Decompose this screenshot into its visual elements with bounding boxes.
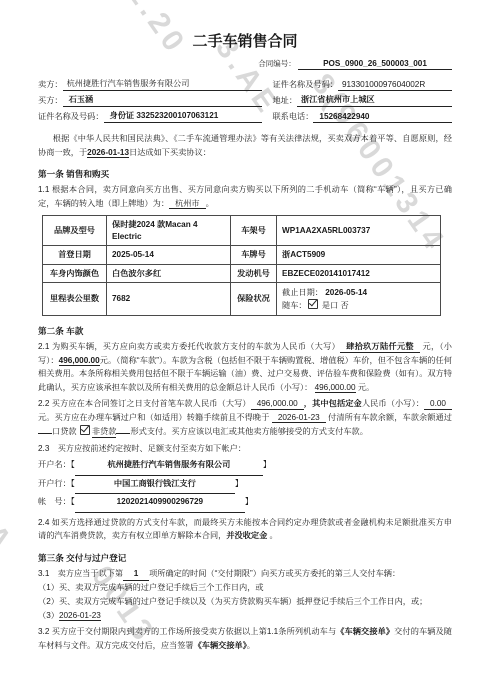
delivery-option-3-label: （3）: [38, 611, 59, 620]
non-loan-option: 非贷款: [92, 427, 117, 438]
insurance-expiry-date: 2026-05-14: [325, 288, 367, 297]
blank-underline: [38, 424, 52, 434]
deposit-amount: 0.00: [424, 399, 452, 410]
buyer-id-field: 证件名称及号码： 身份证 332523200107063121: [38, 110, 262, 123]
clause-3-1: 3.1 卖方应当于以下第1项所确定的时间（“交付期限”）向买方或买方委托的第三人…: [38, 567, 452, 582]
insurance-with-car-label: 随车：: [282, 301, 307, 310]
clause-2-4: 2.4 如买方选择通过贷款的方式支付车款，而最终买方未能按本合同约定办理贷款或者…: [38, 516, 452, 543]
buyer-value: 石玉涵: [63, 94, 263, 107]
total-amount: 496,000.00: [315, 383, 356, 394]
watermark-fragment: PA: [0, 500, 20, 560]
account-bank-row: 开户行：【中国工商银行钱江支行】: [38, 476, 452, 495]
contract-number-label: 合同编号：: [258, 59, 296, 68]
account-name-row: 开户名：【杭州捷胜行汽车销售服务有限公司】: [38, 457, 452, 476]
address-value: 浙江省杭州市上城区: [297, 94, 452, 107]
vin-label: 车架号: [231, 216, 277, 246]
party-row: 买方： 石玉涵 地址： 浙江省杭州市上城区: [38, 91, 452, 107]
delivery-options-list: （1）买、卖双方完成车辆的过户登记手续后三个工作日内，或 （2）买、卖双方完成车…: [38, 581, 452, 622]
transfer-city: 杭州市: [169, 199, 206, 210]
clause-text: 形式支付。买方应该以电汇或其他卖方能够接受的方式支付车款。: [130, 427, 367, 436]
vehicle-info-table: 品牌及型号 保时捷2024 款Macan 4 Electric 车架号 WP1A…: [42, 215, 441, 316]
buyer-label: 买方：: [38, 95, 63, 107]
brand-model-label: 品牌及型号: [43, 216, 107, 246]
preamble-paragraph: 根据《中华人民共和国民法典》、《二手车流通管理办法》等有关法律法规，买卖双方本着…: [38, 132, 452, 159]
clause-text: 人民币（小写）：: [362, 399, 424, 408]
clause-text: 。: [206, 199, 214, 208]
seller-id-field: 证件名称及号码： 91330100097604002R: [272, 79, 452, 91]
contract-page: 2.20 3.AE 8(96001314 PA 0013 二手车销售合同 合同编…: [0, 0, 485, 700]
clause-2-3: 2.3 买方应按前述约定按时、足额支付至卖方如下帐户：: [38, 442, 452, 456]
phone-value: 15268422940: [313, 112, 452, 123]
clause-text: 3.1 卖方应当于以下第: [38, 569, 123, 578]
clause-2-2: 2.2 买方应在本合同签订之日支付首笔车款人民币（大写）496,000.00，其…: [38, 397, 452, 439]
checked-checkbox-icon: [308, 299, 318, 309]
checked-checkbox-icon: [80, 425, 90, 435]
clause-text-bold: ，其中包括定金: [304, 399, 362, 408]
insurance-expiry: 截止日期： 2026-05-14: [282, 286, 435, 299]
contract-number-value: POS_0900_26_500003_001: [298, 59, 452, 70]
table-row: 车身内饰颜色 白色波尔多红 发动机号 EBZECE020141017412: [43, 264, 441, 283]
price-in-words: 肆拾玖万陆仟元整: [340, 342, 420, 353]
seller-label: 卖方：: [38, 79, 63, 91]
account-number-label: 帐 号：: [38, 497, 71, 506]
engine-no-value: EBZECE020141017412: [277, 264, 441, 283]
delivery-option-3: （3）2026-01-23: [38, 609, 452, 623]
delivery-option-number: 1: [123, 567, 149, 582]
section3-heading: 第三条 交付与过户登记: [38, 552, 452, 564]
contract-number-row: 合同编号： POS_0900_26_500003_001: [38, 58, 452, 70]
first-registration-value: 2025-05-14: [107, 246, 231, 265]
buyer-id-label: 证件名称及号码：: [38, 111, 104, 123]
seller-value: 杭州捷胜行汽车销售服务有限公司: [63, 78, 263, 91]
bank-account-block: 开户名：【杭州捷胜行汽车销售服务有限公司】 开户行：【中国工商银行钱江支行】 帐…: [38, 457, 452, 513]
handover-doc-name: 《车辆交接单》: [194, 641, 247, 650]
clause-1-1: 1.1 根据本合同，卖方同意向买方出售、买方同意向卖方购买以下所列的二手机动车（…: [38, 183, 452, 210]
clause-text: 3.2 买方应于交付期限内到卖方的工作场所接受卖方依据以上第1.1条所列机动车与: [38, 627, 336, 636]
bracket: 】: [245, 497, 253, 506]
section1-heading: 第一条 销售和购买: [38, 168, 452, 180]
seller-id-value: 91330100097604002R: [338, 80, 452, 91]
clause-text: 项所确定的时间（“交付期限”）向买方或买方委托的第三人交付车辆：: [149, 569, 400, 578]
party-row: 卖方： 杭州捷胜行汽车销售服务有限公司 证件名称及号码： 91330100097…: [38, 75, 452, 91]
party-row: 证件名称及号码： 身份证 332523200107063121 联系电话： 15…: [38, 107, 452, 123]
mileage-value: 7682: [107, 283, 231, 316]
clause-text: 元。（简称“车款”）。车款为含税（包括但不限于车辆购置税、增值税）车价，但不包含…: [38, 356, 452, 392]
clause-text: 2.1 为购买车辆，买方应向卖方或卖方委托代收款方支付的车款为人民币（大写）: [38, 342, 340, 351]
forfeit-deposit-text: 并没收定金: [226, 531, 267, 540]
loan-option: 口贷款: [52, 427, 77, 436]
table-row: 首登日期 2025-05-14 车牌号 浙ACT5909: [43, 246, 441, 265]
account-bank-value: 中国工商银行钱江支行: [75, 476, 235, 495]
price-in-figures: 496,000.00: [59, 356, 100, 367]
clause-text: 额通过: [427, 413, 452, 422]
buyer-field: 买方： 石玉涵: [38, 94, 262, 107]
plate-label: 车牌号: [231, 246, 277, 265]
phone-label: 联系电话：: [272, 111, 313, 123]
clause-text: 2.2 买方应在本合同签订之日支付首笔车款人民币（大写）: [38, 399, 251, 408]
seller-id-label: 证件名称及号码：: [272, 79, 338, 91]
engine-no-label: 发动机号: [231, 264, 277, 283]
preamble-text: 日达成如下买卖协议：: [129, 148, 211, 157]
clause-text: 1.1 根据本合同，卖方同意向买方出售、买方同意向卖方购买以下所列的二手机动车（…: [38, 185, 452, 208]
contract-body: 二手车销售合同 合同编号： POS_0900_26_500003_001 卖方：…: [38, 0, 452, 652]
clause-3-2: 3.2 买方应于交付期限内到卖方的工作场所接受卖方依据以上第1.1条所列机动车与…: [38, 625, 452, 652]
account-number-row: 帐 号：【1202021409900296729】: [38, 494, 452, 513]
clause-2-1: 2.1 为购买车辆，买方应向卖方或卖方委托代收款方支付的车款为人民币（大写）肆拾…: [38, 340, 452, 394]
clause-text: 元。买方应在办理车辆过户和（如适用）转籍手续前且不得晚于: [38, 413, 272, 422]
account-number-value: 1202021409900296729: [75, 494, 245, 513]
clause-text: 付清所有车款余额，车款余: [326, 413, 428, 422]
insurance-with-car-options: 是口 否: [322, 301, 349, 310]
seller-field: 卖方： 杭州捷胜行汽车销售服务有限公司: [38, 78, 262, 91]
vin-value: WP1AA2XA5RL003737: [277, 216, 441, 246]
clause-text: 。: [267, 531, 277, 540]
delivery-option-2: （2）买、卖双方完成车辆的过户登记手续以及（为买方贷款购买车辆）抵押登记手续后三…: [38, 595, 452, 609]
parties-block: 卖方： 杭州捷胜行汽车销售服务有限公司 证件名称及号码： 91330100097…: [38, 75, 452, 123]
color-value: 白色波尔多红: [107, 264, 231, 283]
agreement-date: 2026-01-13: [87, 148, 129, 159]
first-payment: 496,000.00: [251, 399, 304, 410]
clause-text: 元。: [356, 383, 375, 392]
color-label: 车身内饰颜色: [43, 264, 107, 283]
insurance-label: 保险状况: [231, 283, 277, 316]
delivery-option-1: （1）买、卖双方完成车辆的过户登记手续后三个工作日内，或: [38, 581, 452, 595]
insurance-cell: 截止日期： 2026-05-14 随车： 是口 否: [277, 283, 441, 316]
buyer-id-value: 身份证 332523200107063121: [104, 110, 263, 123]
handover-doc-name: 《车辆交接单》: [336, 627, 394, 636]
address-label: 地址：: [272, 95, 297, 107]
table-row: 品牌及型号 保时捷2024 款Macan 4 Electric 车架号 WP1A…: [43, 216, 441, 246]
bracket: 】: [263, 460, 271, 469]
account-name-label: 开户名：: [38, 460, 71, 469]
bracket: 】: [235, 479, 243, 488]
section2-heading: 第二条 车款: [38, 325, 452, 337]
clause-text: 。: [247, 641, 255, 650]
insurance-expiry-label: 截止日期：: [282, 288, 323, 297]
page-title: 二手车销售合同: [38, 30, 452, 51]
table-row: 里程表公里数 7682 保险状况 截止日期： 2026-05-14 随车： 是口…: [43, 283, 441, 316]
brand-model-value: 保时捷2024 款Macan 4 Electric: [107, 216, 231, 246]
delivery-date: 2026-01-23: [59, 611, 101, 622]
account-name-value: 杭州捷胜行汽车销售服务有限公司: [75, 457, 263, 476]
phone-field: 联系电话： 15268422940: [272, 111, 452, 123]
first-registration-label: 首登日期: [43, 246, 107, 265]
mileage-label: 里程表公里数: [43, 283, 107, 316]
blank-underline: [116, 424, 130, 434]
address-field: 地址： 浙江省杭州市上城区: [272, 94, 452, 107]
insurance-with-car: 随车： 是口 否: [282, 299, 435, 312]
account-bank-label: 开户行：: [38, 479, 71, 488]
plate-value: 浙ACT5909: [277, 246, 441, 265]
balance-due-date: 2026-01-23: [272, 413, 326, 424]
